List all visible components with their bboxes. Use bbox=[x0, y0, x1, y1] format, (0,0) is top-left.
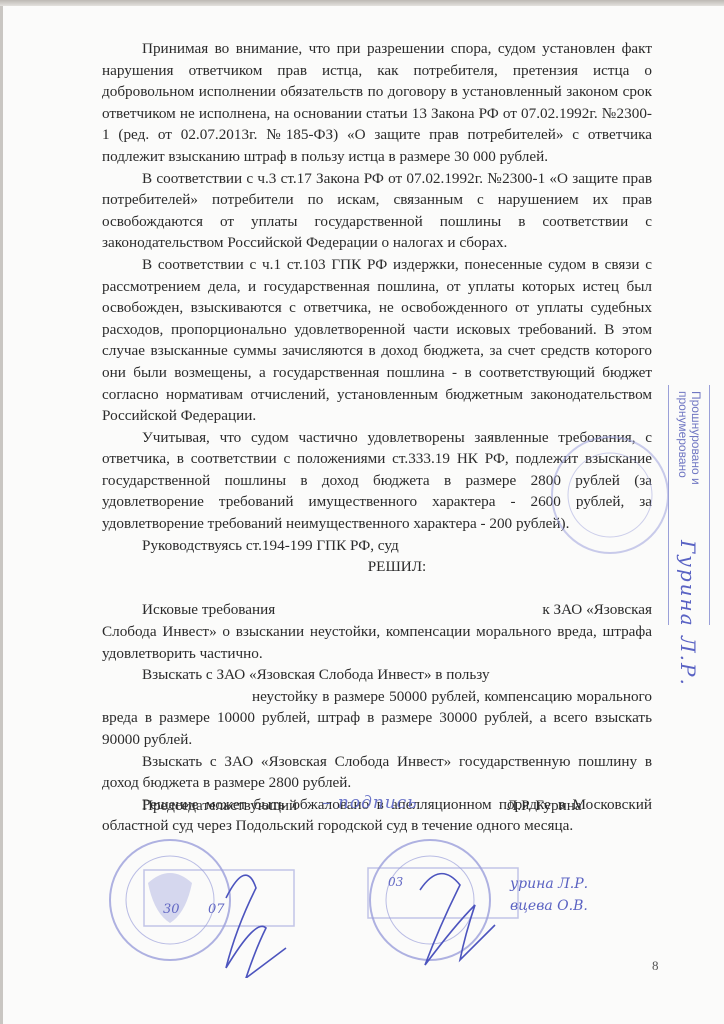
spacer bbox=[102, 578, 652, 600]
signature-row: Председательствующий – подпись Л.Р. Гури… bbox=[102, 797, 652, 821]
page-number: 8 bbox=[652, 958, 659, 974]
claims-rest: Слобода Инвест» о взыскании неустойки, к… bbox=[102, 621, 652, 664]
svg-text:30: 30 bbox=[163, 902, 180, 917]
judge-name: Л.Р. Гурина bbox=[507, 797, 582, 815]
paragraph-penalty: Принимая во внимание, что при разрешении… bbox=[102, 38, 652, 168]
presiding-judge-label: Председательствующий bbox=[142, 797, 297, 815]
claims-left: Исковые требования bbox=[142, 599, 275, 621]
paragraph-duty-exemption: В соответствии с ч.3 ст.17 Закона РФ от … bbox=[102, 168, 652, 254]
recover-line-1: Взыскать с ЗАО «Язовская Слобода Инвест»… bbox=[102, 664, 652, 686]
document-page: Принимая во внимание, что при разрешении… bbox=[0, 0, 724, 1024]
margin-box-text: Прошнуровано и пронумеровано bbox=[676, 391, 702, 485]
svg-text:урина Л.Р.: урина Л.Р. bbox=[509, 876, 588, 892]
court-seal-right-icon: 03 урина Л.Р. вцева О.В. bbox=[360, 830, 640, 980]
margin-seal-icon bbox=[545, 430, 675, 560]
claims-first-line: Исковые требования к ЗАО «Язовская bbox=[102, 599, 652, 621]
court-seal-left-icon: 30 07 bbox=[108, 828, 318, 978]
handwritten-signature: – подпись bbox=[322, 793, 418, 813]
svg-text:03: 03 bbox=[388, 875, 404, 889]
margin-signature: Гурина Л.Р. bbox=[676, 540, 700, 687]
paragraph-costs: В соответствии с ч.1 ст.103 ГПК РФ издер… bbox=[102, 254, 652, 427]
recover-line-2: неустойку в размере 50000 рублей, компен… bbox=[102, 686, 652, 751]
claims-right: к ЗАО «Язовская bbox=[542, 599, 652, 621]
scan-edge bbox=[0, 0, 724, 6]
svg-text:07: 07 bbox=[208, 902, 225, 917]
paragraph-duty-recover: Взыскать с ЗАО «Язовская Слобода Инвест»… bbox=[102, 751, 652, 794]
svg-text:вцева О.В.: вцева О.В. bbox=[510, 898, 588, 914]
